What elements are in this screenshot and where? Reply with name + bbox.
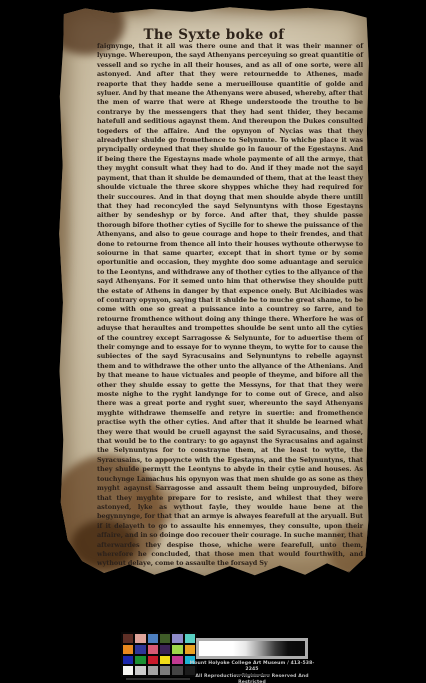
grayscale-bar bbox=[196, 638, 308, 659]
color-patch bbox=[172, 634, 182, 643]
body-text-block: faignynge, that it all was there oune an… bbox=[97, 42, 363, 578]
color-checker-microtext bbox=[126, 678, 190, 680]
color-patch bbox=[160, 634, 170, 643]
museum-caption-line1: Mount Holyoke College Art Museum / 413-5… bbox=[188, 661, 316, 674]
color-patch bbox=[123, 645, 133, 654]
color-patch bbox=[172, 656, 182, 665]
color-patch bbox=[123, 666, 133, 675]
color-patch bbox=[148, 656, 158, 665]
scan-background: { "page": { "title": "The Syxte boke of"… bbox=[0, 0, 426, 683]
color-patch bbox=[123, 634, 133, 643]
color-patch bbox=[160, 656, 170, 665]
stain-right-edge bbox=[363, 65, 379, 485]
stain-top-left-2 bbox=[97, 0, 157, 15]
color-patch bbox=[160, 645, 170, 654]
body-text: faignynge, that it all was there oune an… bbox=[97, 42, 363, 567]
color-patch bbox=[135, 634, 145, 643]
color-patch bbox=[185, 634, 195, 643]
color-patch bbox=[148, 666, 158, 675]
running-title: The Syxte boke of bbox=[57, 27, 371, 43]
color-patch bbox=[148, 634, 158, 643]
color-patch bbox=[148, 645, 158, 654]
color-patch bbox=[135, 656, 145, 665]
color-patch bbox=[172, 645, 182, 654]
stain-left-edge bbox=[49, 115, 69, 335]
photo-credit-microtext bbox=[236, 674, 270, 676]
color-patch bbox=[160, 666, 170, 675]
color-patch bbox=[185, 645, 195, 654]
color-checker bbox=[121, 632, 197, 677]
book-page: The Syxte boke of faignynge, that it all… bbox=[57, 5, 371, 577]
stain-top-edge bbox=[207, 1, 337, 13]
color-patch bbox=[123, 656, 133, 665]
museum-caption: Mount Holyoke College Art Museum / 413-5… bbox=[188, 661, 316, 683]
grayscale-gradient bbox=[199, 641, 305, 656]
color-patch bbox=[172, 666, 182, 675]
color-patch bbox=[135, 645, 145, 654]
color-patch bbox=[135, 666, 145, 675]
catchword: racusains, bbox=[97, 569, 363, 578]
